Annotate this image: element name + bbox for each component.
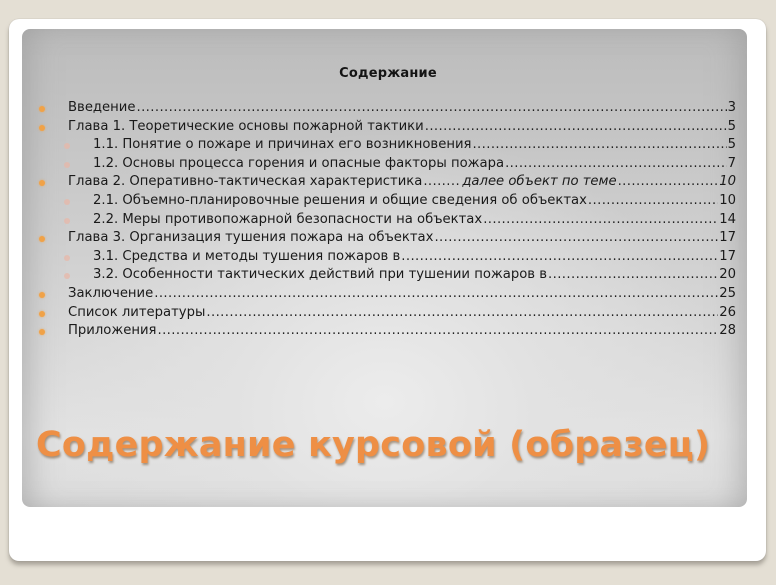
toc-item: Список литературы 26: [36, 304, 736, 323]
toc-item: Глава 3. Организация тушения пожара на о…: [36, 229, 736, 248]
toc-item-title: 2.1. Объемно-планировочные решения и общ…: [93, 192, 587, 211]
pink-dot-bullet-icon: [64, 273, 70, 279]
toc-item-page: 17: [719, 248, 736, 267]
toc-subitem: 2.2. Меры противопожарной безопасности н…: [36, 211, 736, 230]
toc-subitem: 2.1. Объемно-планировочные решения и общ…: [36, 192, 736, 211]
toc-subitem: 1.1. Понятие о пожаре и причинах его воз…: [36, 136, 736, 155]
toc-item-title: Глава 3. Организация тушения пожара на о…: [68, 229, 433, 248]
dot-leader: [401, 248, 718, 267]
toc-item-page: 5: [728, 136, 736, 155]
pink-dot-bullet-icon: [64, 255, 70, 261]
toc-item-page: 3: [728, 99, 736, 118]
toc-item-page: 5: [728, 118, 736, 137]
dot-leader: [505, 155, 727, 174]
pink-dot-bullet-icon: [64, 162, 70, 168]
toc-item-page: 26: [719, 304, 736, 323]
dot-leader: [206, 304, 718, 323]
toc-item-note: далее объект по теме: [462, 173, 616, 192]
orange-dot-bullet-icon: [39, 292, 45, 298]
toc-item-title: 2.2. Меры противопожарной безопасности н…: [93, 211, 482, 230]
slide-title: Содержание курсовой (образец): [36, 425, 710, 465]
dot-leader: [157, 322, 718, 341]
toc-item-title: Приложения: [68, 322, 156, 341]
toc-item-title: 1.1. Понятие о пожаре и причинах его воз…: [93, 136, 471, 155]
dot-leader: [483, 211, 718, 230]
orange-dot-bullet-icon: [39, 329, 45, 335]
toc-item-page: 17: [719, 229, 736, 248]
orange-dot-bullet-icon: [39, 180, 45, 186]
table-of-contents: Введение 3 Глава 1. Теоретические основы…: [36, 99, 736, 341]
dot-leader: [154, 285, 718, 304]
dot-leader: [434, 229, 718, 248]
toc-item-title: Введение: [68, 99, 135, 118]
pink-dot-bullet-icon: [64, 199, 70, 205]
orange-dot-bullet-icon: [39, 125, 45, 131]
orange-dot-bullet-icon: [39, 106, 45, 112]
toc-item-page: 14: [719, 211, 736, 230]
pink-dot-bullet-icon: [64, 143, 70, 149]
toc-item-page: 10: [719, 173, 736, 192]
dot-leader: [472, 136, 726, 155]
toc-subitem: 1.2. Основы процесса горения и опасные ф…: [36, 155, 736, 174]
toc-item-page: 20: [719, 266, 736, 285]
toc-item: Введение 3: [36, 99, 736, 118]
dot-leader: [136, 99, 726, 118]
toc-heading: Содержание: [0, 66, 776, 81]
pink-dot-bullet-icon: [64, 218, 70, 224]
toc-item: Приложения 28: [36, 322, 736, 341]
orange-dot-bullet-icon: [39, 236, 45, 242]
toc-item-page: 10: [719, 192, 736, 211]
toc-subitem: 3.2. Особенности тактических действий пр…: [36, 266, 736, 285]
dot-leader: [425, 118, 727, 137]
dot-leader: [548, 266, 718, 285]
dot-leader: [588, 192, 718, 211]
toc-item-page: 25: [719, 285, 736, 304]
toc-subitem: 3.1. Средства и методы тушения пожаров в…: [36, 248, 736, 267]
toc-item-page: 28: [719, 322, 736, 341]
dot-leader: [618, 173, 719, 192]
toc-item-title: 3.2. Особенности тактических действий пр…: [93, 266, 547, 285]
toc-item: Заключение 25: [36, 285, 736, 304]
toc-item-title: Список литературы: [68, 304, 205, 323]
orange-dot-bullet-icon: [39, 311, 45, 317]
toc-item: Глава 1. Теоретические основы пожарной т…: [36, 118, 736, 137]
toc-item: Глава 2. Оперативно-тактическая характер…: [36, 173, 736, 192]
toc-item-title: 3.1. Средства и методы тушения пожаров в: [93, 248, 400, 267]
toc-item-page: 7: [728, 155, 736, 174]
toc-item-title: 1.2. Основы процесса горения и опасные ф…: [93, 155, 504, 174]
toc-item-title: Заключение: [68, 285, 153, 304]
toc-item-title: Глава 2. Оперативно-тактическая характер…: [68, 173, 422, 192]
dot-leader: [423, 173, 461, 192]
toc-item-title: Глава 1. Теоретические основы пожарной т…: [68, 118, 424, 137]
